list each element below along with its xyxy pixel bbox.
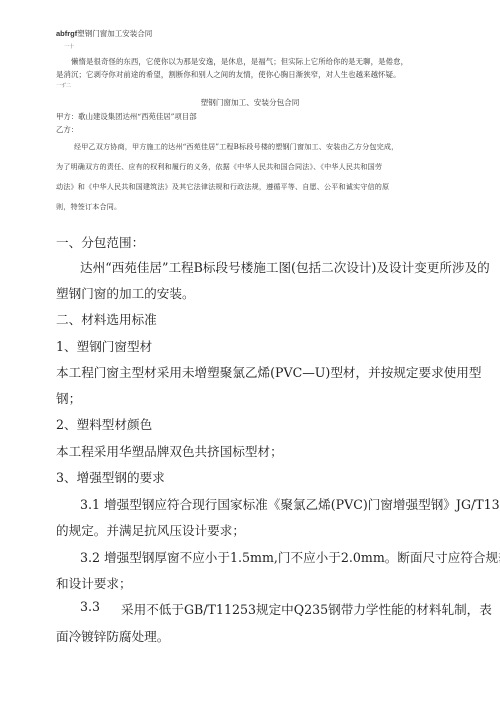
intro-line-3: 动法》和《中华人民共和国建筑法》及其它法律法规和行政法规，遵循平等、自愿、公平和… — [56, 182, 389, 192]
document-page: abfrgf塑钢门窗加工安装合同 一十 懒惰是很奇怪的东西，它使你以为那是安逸，… — [0, 0, 500, 707]
document-header-title: abfrgf塑钢门窗加工安装合同 — [56, 28, 152, 39]
intro-line-1: 经甲乙双方协商，甲方施工的达州“西苑佳居”工程B标段号楼的塑钢门窗加工、安装由乙… — [74, 142, 398, 152]
header-title-latin: abfrgf — [56, 29, 77, 38]
contract-title: 塑钢门窗加工、安装分包合同 — [0, 97, 500, 108]
section-1-heading: 一、分包范围： — [56, 232, 144, 251]
item-3-1-line-1: 3.1 增强型钢应符合现行国家标准《聚氯乙烯(PVC)门窗增强型钢》JG/T13… — [80, 494, 500, 513]
subsection-2-heading: 2、塑料型材颜色 — [56, 414, 152, 433]
section-2-heading: 二、材料选用标准 — [56, 309, 157, 328]
item-3-2-line-2: 和设计要求； — [56, 573, 132, 592]
section-1-line-2: 塑钢门窗的加工的安装。 — [56, 283, 195, 302]
item-3-1-line-2: 的规定。并满足抗风压设计要求； — [56, 520, 245, 539]
party-b: 乙方： — [56, 124, 78, 135]
marker-2: 一ず二 — [56, 82, 71, 89]
item-3-3-line-1: 采用不低于GB/T11253规定中Q235钢带力学性能的材料轧制，表 — [121, 599, 492, 618]
subsection-2-line-1: 本工程采用华塑品牌双色共挤国标型材； — [56, 441, 283, 460]
header-title-cn: 塑钢门窗加工安装合同 — [77, 29, 152, 38]
section-1-line-1: 达州“西苑佳居”工程B标段号楼施工图(包括二次设计)及设计变更所涉及的 — [80, 257, 490, 276]
subsection-1-heading: 1、塑钢门窗型材 — [56, 336, 152, 355]
item-3-3-number: 3.3 — [80, 599, 100, 614]
intro-line-2: 为了明确双方的责任、应有的权利和履行的义务，依据《中华人民共和国合同法》、《中华… — [56, 162, 382, 172]
subsection-1-line-1: 本工程门窗主型材采用未增塑聚氯乙烯(PVC—U)型材，并按规定要求使用型 — [56, 362, 481, 381]
party-a: 甲方：歌山建设集团达州“西苑佳居”项目部 — [56, 111, 197, 122]
subsection-1-line-2: 钢； — [56, 388, 81, 407]
subsection-3-heading: 3、增强型钢的要求 — [56, 467, 165, 486]
marker-1: 一十 — [64, 43, 74, 50]
preface-line-1: 懒惰是很奇怪的东西，它使你以为那是安逸，是休息，是福气；但实际上它所给你的是无聊… — [71, 56, 408, 67]
item-3-2-line-1: 3.2 增强型钢厚窗不应小于1.5mm,门不应小于2.0mm。断面尺寸应符合规范 — [80, 547, 500, 566]
item-3-3-line-2: 面冷镀锌防腐处理。 — [56, 626, 169, 645]
intro-line-4: 则，特签订本合同。 — [56, 202, 121, 212]
preface-line-2: 是消沉；它剥夺你对前途的希望，割断你和别人之间的友情，使你心胸日渐狭窄，对人生也… — [56, 69, 401, 80]
